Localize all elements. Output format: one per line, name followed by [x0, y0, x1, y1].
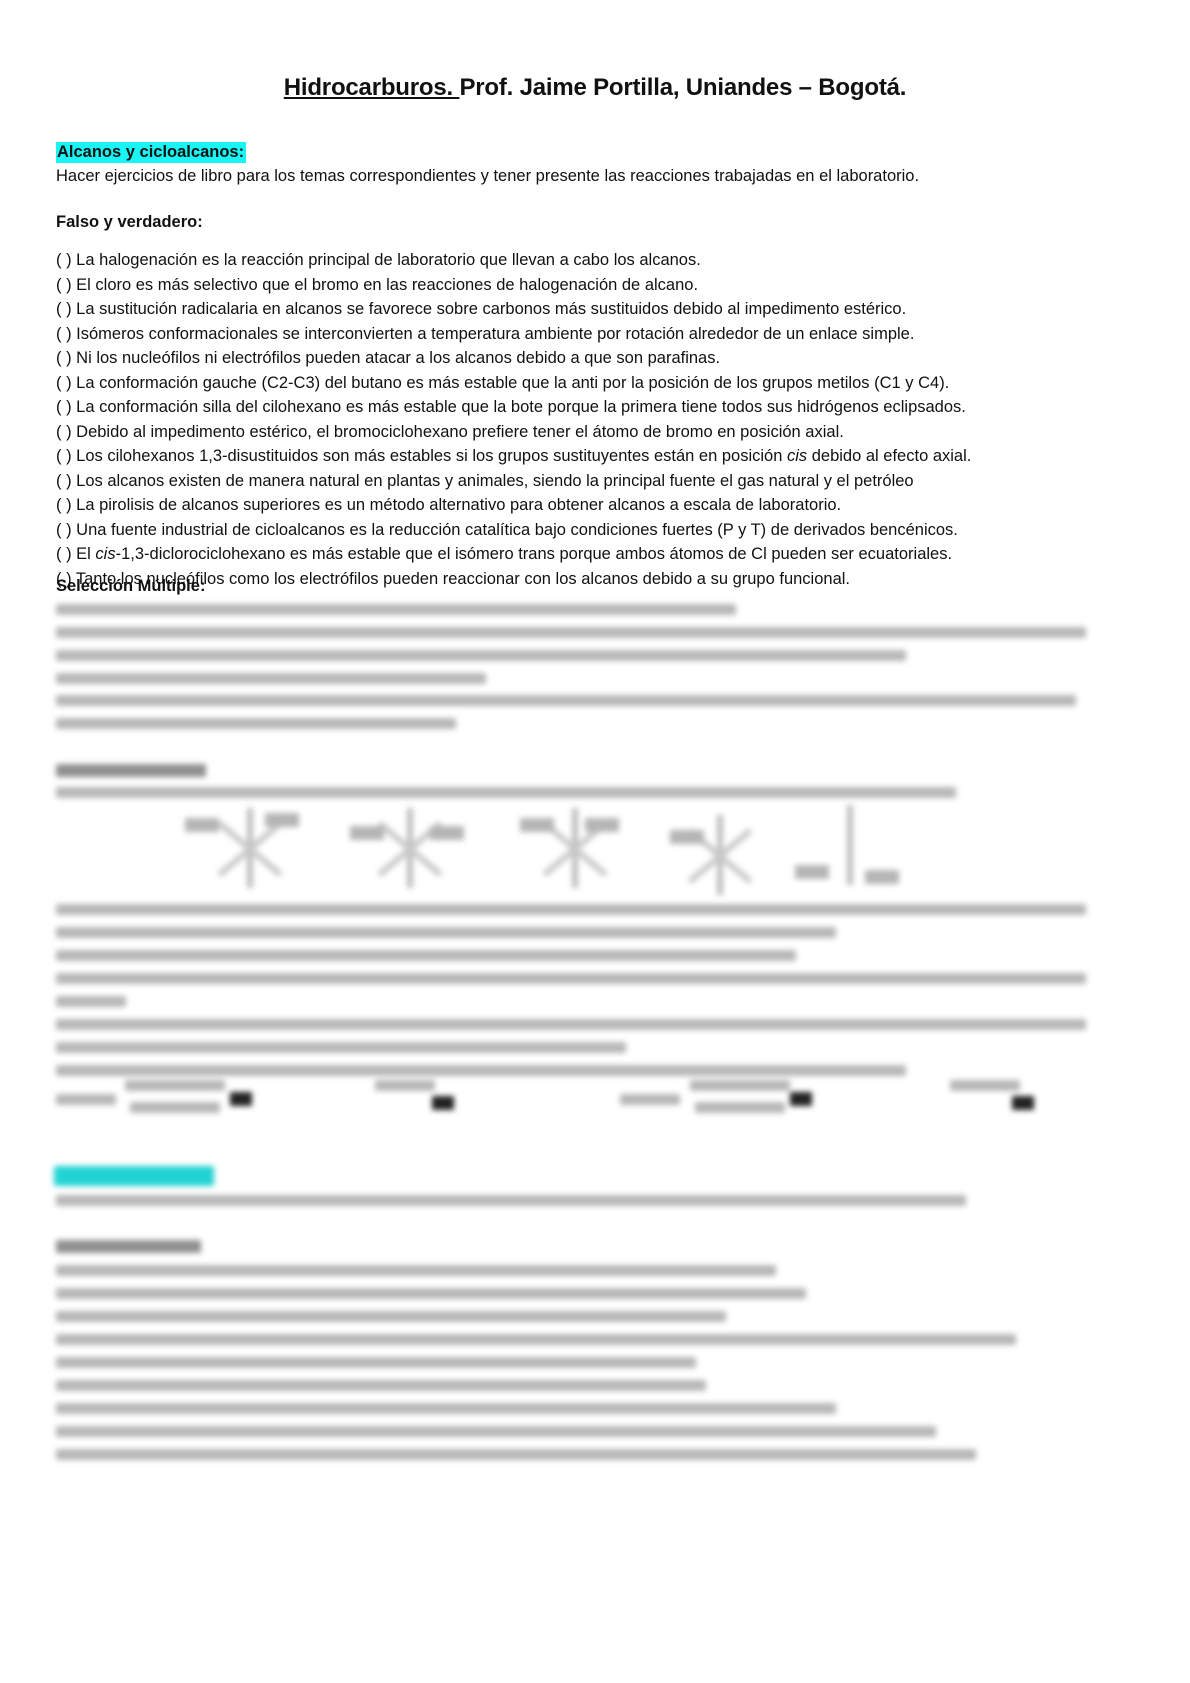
blurred-content [0, 0, 1190, 1683]
document-page: Hidrocarburos. Prof. Jaime Portilla, Uni… [0, 0, 1190, 1683]
